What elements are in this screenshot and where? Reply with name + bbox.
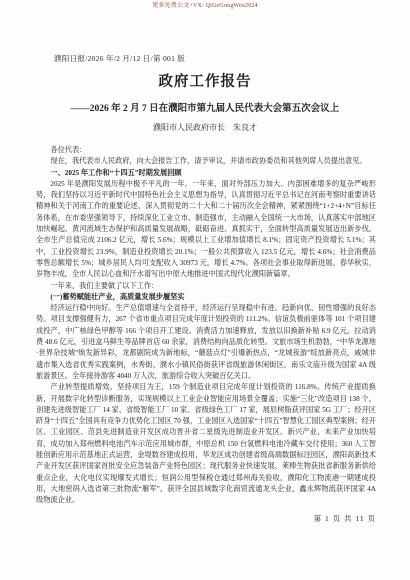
intro-paragraph: 现在，我代表市人民政府，向大会报告工作，请予审议，并请市政协委员和其他列席人员提…: [36, 156, 376, 167]
subsection-heading-1: (一)蓄势赋能壮产业，高质量发展步履坚实: [36, 292, 376, 303]
transition-paragraph: 一年来，我们主要做了以下工作：: [36, 281, 376, 292]
author-line: 濮阳市人民政府市长 朱良才: [0, 123, 410, 133]
report-subtitle: ——2026 年 2 月 7 日在濮阳市第九届人民代表大会第五次会议上: [0, 103, 410, 115]
newspaper-edition-line: 濮阳日报/2026 年/2 月/12 日/第 001 版: [54, 54, 410, 63]
section-heading-1: 一、2025 年工作和“十四五”时期发展回顾: [36, 168, 376, 179]
report-body: 各位代表： 现在，我代表市人民政府，向大会报告工作，请予审议，并请市政协委员和其…: [36, 145, 376, 507]
watermark-text: 更多免费公文+VX: QiGeGongWen2024: [0, 0, 410, 10]
document-page: 更多免费公文+VX: QiGeGongWen2024 濮阳日报/2026 年/2…: [0, 0, 410, 580]
industry-paragraph: 产业转型提质增效。坚持项目为王，159 个制造业项目完成年度计划投资的 116.…: [36, 382, 376, 506]
salutation: 各位代表：: [36, 145, 376, 156]
overview-paragraph: 2025 年是濮阳发展历程中极不平凡的一年。一年来，面对外部压力加大、内部困难增…: [36, 179, 376, 281]
economy-paragraph: 经济运行稳中向好。生产总值增速与全省持平，经济运行呈现稳中有进、趋新向优、韧性增…: [36, 303, 376, 382]
page-title: 政府工作报告: [0, 73, 410, 91]
page-number: 第 1 页 共 11 页: [36, 514, 376, 523]
